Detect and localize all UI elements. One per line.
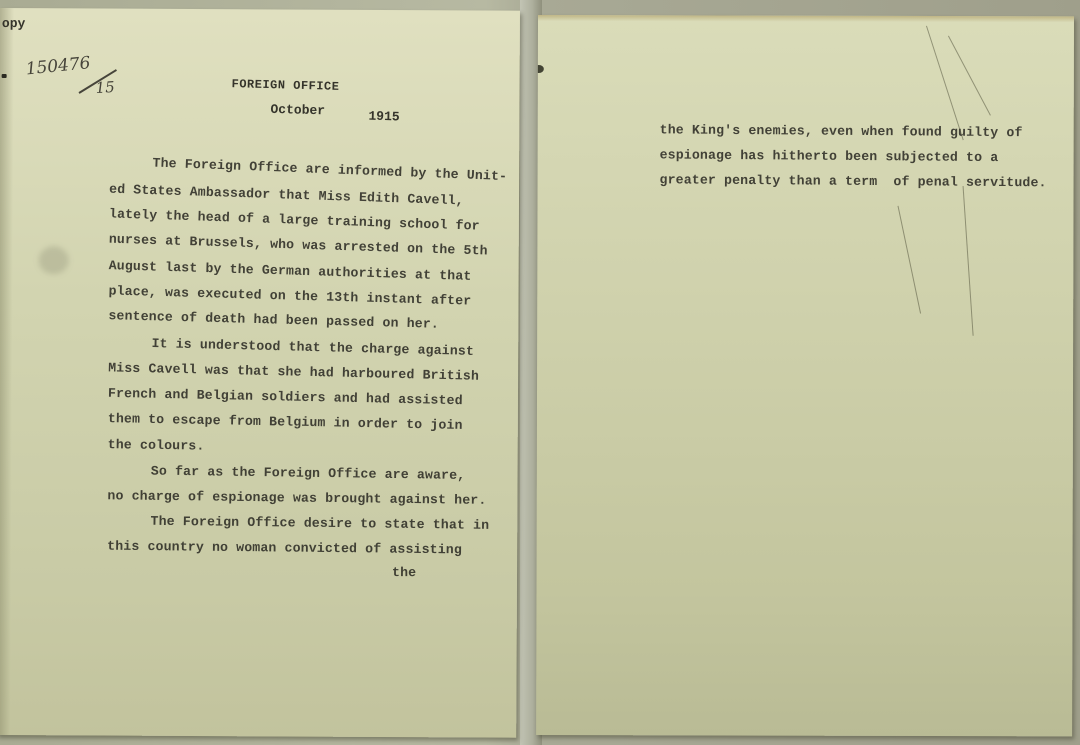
paper-crease	[963, 186, 974, 336]
body-line: It is understood that the charge against	[119, 335, 474, 359]
body-line: greater penalty than a term of penal ser…	[660, 172, 1047, 190]
reference-sub: 15	[95, 78, 115, 97]
body-line: So far as the Foreign Office are aware,	[118, 463, 465, 483]
paper-crease	[926, 26, 964, 141]
paper-crease	[948, 36, 991, 116]
body-line: nurses at Brussels, who was arrested on …	[109, 232, 488, 259]
body-line: ed States Ambassador that Miss Edith Cav…	[109, 182, 464, 209]
body-line: the colours.	[108, 437, 205, 454]
margin-mark	[2, 74, 7, 78]
body-line: French and Belgian soldiers and had assi…	[108, 386, 463, 408]
document-page-right: the King's enemies, even when found guil…	[536, 15, 1074, 736]
body-line: August last by the German authorities at…	[108, 258, 471, 284]
date-month: October	[270, 102, 325, 118]
catchword: the	[392, 565, 416, 580]
paper-crease	[898, 206, 922, 314]
body-line: lately the head of a large training scho…	[109, 206, 480, 233]
document-page-left: opy 150476 15 FOREIGN OFFICE October 191…	[0, 8, 520, 738]
body-line: Miss Cavell was that she had harboured B…	[108, 360, 479, 383]
letter-continuation: the King's enemies, even when found guil…	[538, 15, 1074, 16]
letterhead: FOREIGN OFFICE	[231, 77, 339, 94]
body-line: no charge of espionage was brought again…	[107, 488, 486, 508]
date-year: 1915	[368, 109, 400, 125]
ink-spot	[536, 65, 544, 73]
body-line: place, was executed on the 13th instant …	[108, 283, 471, 308]
reference-number: 150476	[25, 53, 92, 79]
corner-label: opy	[2, 16, 25, 31]
body-line: espionage has hitherto been subjected to…	[660, 147, 999, 165]
body-line: this country no woman convicted of assis…	[107, 539, 462, 558]
body-line: them to escape from Belgium in order to …	[108, 411, 463, 433]
ink-smudge	[39, 246, 69, 274]
body-line: sentence of death had been passed on her…	[108, 308, 439, 332]
body-line: the King's enemies, even when found guil…	[660, 122, 1023, 140]
body-line: The Foreign Office desire to state that …	[118, 513, 489, 533]
body-line: The Foreign Office are informed by the U…	[120, 154, 507, 184]
